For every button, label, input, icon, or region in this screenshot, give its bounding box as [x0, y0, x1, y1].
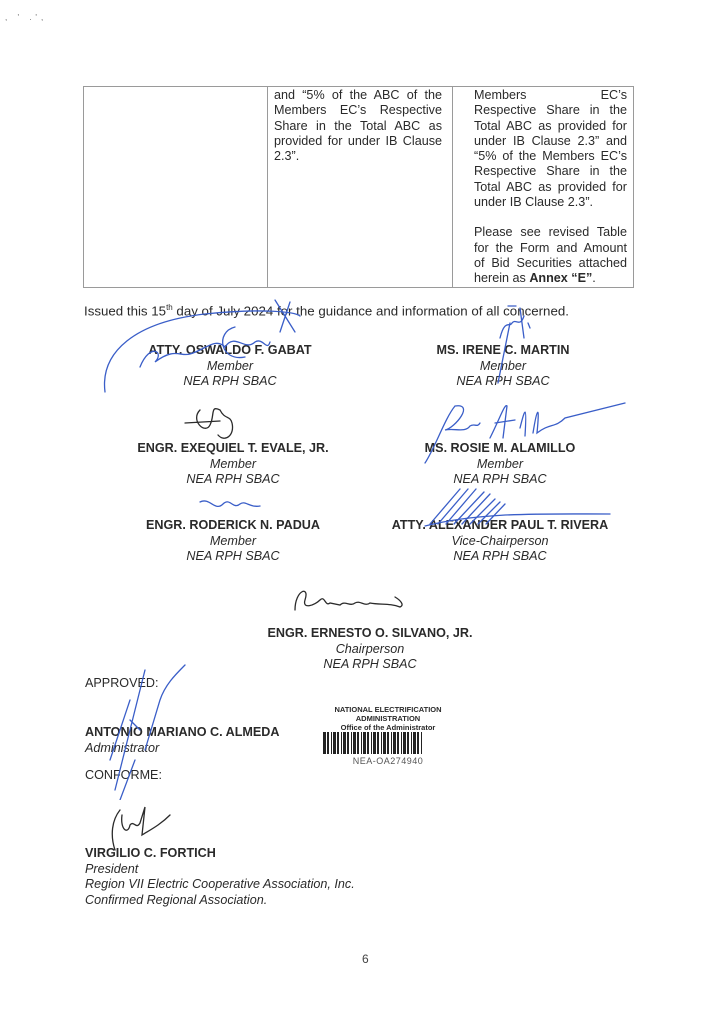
signatory-name: ENGR. RODERICK N. PADUA: [108, 518, 358, 534]
table-column-divider: [267, 87, 268, 287]
signatory-role: Member: [120, 359, 340, 375]
stamp-line-3: Office of the Administrator: [318, 723, 458, 732]
issued-suffix: day of July 2024 for the guidance and in…: [173, 303, 569, 318]
signatory-role: Member: [398, 359, 608, 375]
signatory-org: NEA RPH SBAC: [240, 657, 500, 673]
barcode-icon: [323, 732, 453, 754]
signatory-name: MS. IRENE C. MARTIN: [398, 343, 608, 359]
approved-label: APPROVED:: [85, 676, 158, 692]
col2-text: and “5% of the ABC of the Members EC’s R…: [274, 88, 442, 164]
stamp-line-1: NATIONAL ELECTRIFICATION: [318, 705, 458, 714]
amendments-table: and “5% of the ABC of the Members EC’s R…: [83, 86, 634, 288]
signature-evale-icon: [180, 395, 250, 445]
approved-block: ANTONIO MARIANO C. ALMEDA Administrator: [85, 725, 280, 756]
signatory-block-padua: ENGR. RODERICK N. PADUA Member NEA RPH S…: [108, 518, 358, 565]
signatory-org: NEA RPH SBAC: [385, 472, 615, 488]
issued-statement: Issued this 15th day of July 2024 for th…: [84, 303, 569, 318]
col3-line1-left: Members: [474, 88, 526, 103]
page-number: 6: [362, 952, 369, 966]
col3-line1-right: EC’s: [601, 88, 627, 103]
signatory-org: NEA RPH SBAC: [108, 472, 358, 488]
annex-reference: Annex “E”: [529, 271, 592, 285]
table-column-divider: [452, 87, 453, 287]
signatory-org: NEA RPH SBAC: [368, 549, 632, 565]
issued-prefix: Issued this 15: [84, 303, 166, 318]
signatory-name: ATTY. OSWALDO F. GABAT: [120, 343, 340, 359]
issued-ordinal: th: [166, 303, 173, 312]
table-cell-col3: Members EC’s Respective Share in the Tot…: [474, 88, 627, 287]
signatory-role: Member: [108, 534, 358, 550]
signatory-name: ENGR. EXEQUIEL T. EVALE, JR.: [108, 441, 358, 457]
conforme-org: Region VII Electric Cooperative Associat…: [85, 877, 355, 893]
signatory-role: Vice-Chairperson: [368, 534, 632, 550]
scan-artifact-marks: , ' .',: [5, 13, 47, 22]
signatory-block-martin: MS. IRENE C. MARTIN Member NEA RPH SBAC: [398, 343, 608, 390]
signatory-block-evale: ENGR. EXEQUIEL T. EVALE, JR. Member NEA …: [108, 441, 358, 488]
signatory-block-silvano: ENGR. ERNESTO O. SILVANO, JR. Chairperso…: [240, 626, 500, 673]
signatory-block-gabat: ATTY. OSWALDO F. GABAT Member NEA RPH SB…: [120, 343, 340, 390]
signature-padua-icon: [195, 492, 265, 517]
signatory-block-alamillo: MS. ROSIE M. ALAMILLO Member NEA RPH SBA…: [385, 441, 615, 488]
signatory-role: Member: [385, 457, 615, 473]
signatory-org: NEA RPH SBAC: [108, 549, 358, 565]
signatory-role: Chairperson: [240, 642, 500, 658]
signatory-role: Member: [108, 457, 358, 473]
signatory-name: ATTY. ALEXANDER PAUL T. RIVERA: [368, 518, 632, 534]
signatory-org: NEA RPH SBAC: [398, 374, 608, 390]
conforme-name: VIRGILIO C. FORTICH: [85, 846, 355, 862]
table-cell-col2: and “5% of the ABC of the Members EC’s R…: [274, 88, 442, 164]
signatory-block-rivera: ATTY. ALEXANDER PAUL T. RIVERA Vice-Chai…: [368, 518, 632, 565]
conforme-label: CONFORME:: [85, 768, 162, 784]
signatory-name: ENGR. ERNESTO O. SILVANO, JR.: [240, 626, 500, 642]
approver-name: ANTONIO MARIANO C. ALMEDA: [85, 725, 280, 741]
conforme-role: President: [85, 862, 355, 878]
col3-p2-suffix: .: [592, 271, 596, 285]
signatory-name: MS. ROSIE M. ALAMILLO: [385, 441, 615, 457]
receipt-stamp: NATIONAL ELECTRIFICATION ADMINISTRATION …: [318, 705, 458, 766]
col3-paragraph-2: Please see revised Table for the Form an…: [474, 225, 627, 286]
stamp-line-2: ADMINISTRATION: [318, 714, 458, 723]
stamp-code: NEA-OA274940: [318, 756, 458, 766]
signature-silvano-icon: [290, 585, 410, 620]
signatory-org: NEA RPH SBAC: [120, 374, 340, 390]
col3-paragraph-1: Respective Share in the Total ABC as pro…: [474, 103, 627, 210]
conforme-block: VIRGILIO C. FORTICH President Region VII…: [85, 846, 355, 908]
approver-role: Administrator: [85, 741, 280, 757]
conforme-org-status: Confirmed Regional Association.: [85, 893, 355, 909]
col3-first-line: Members EC’s: [474, 88, 627, 103]
